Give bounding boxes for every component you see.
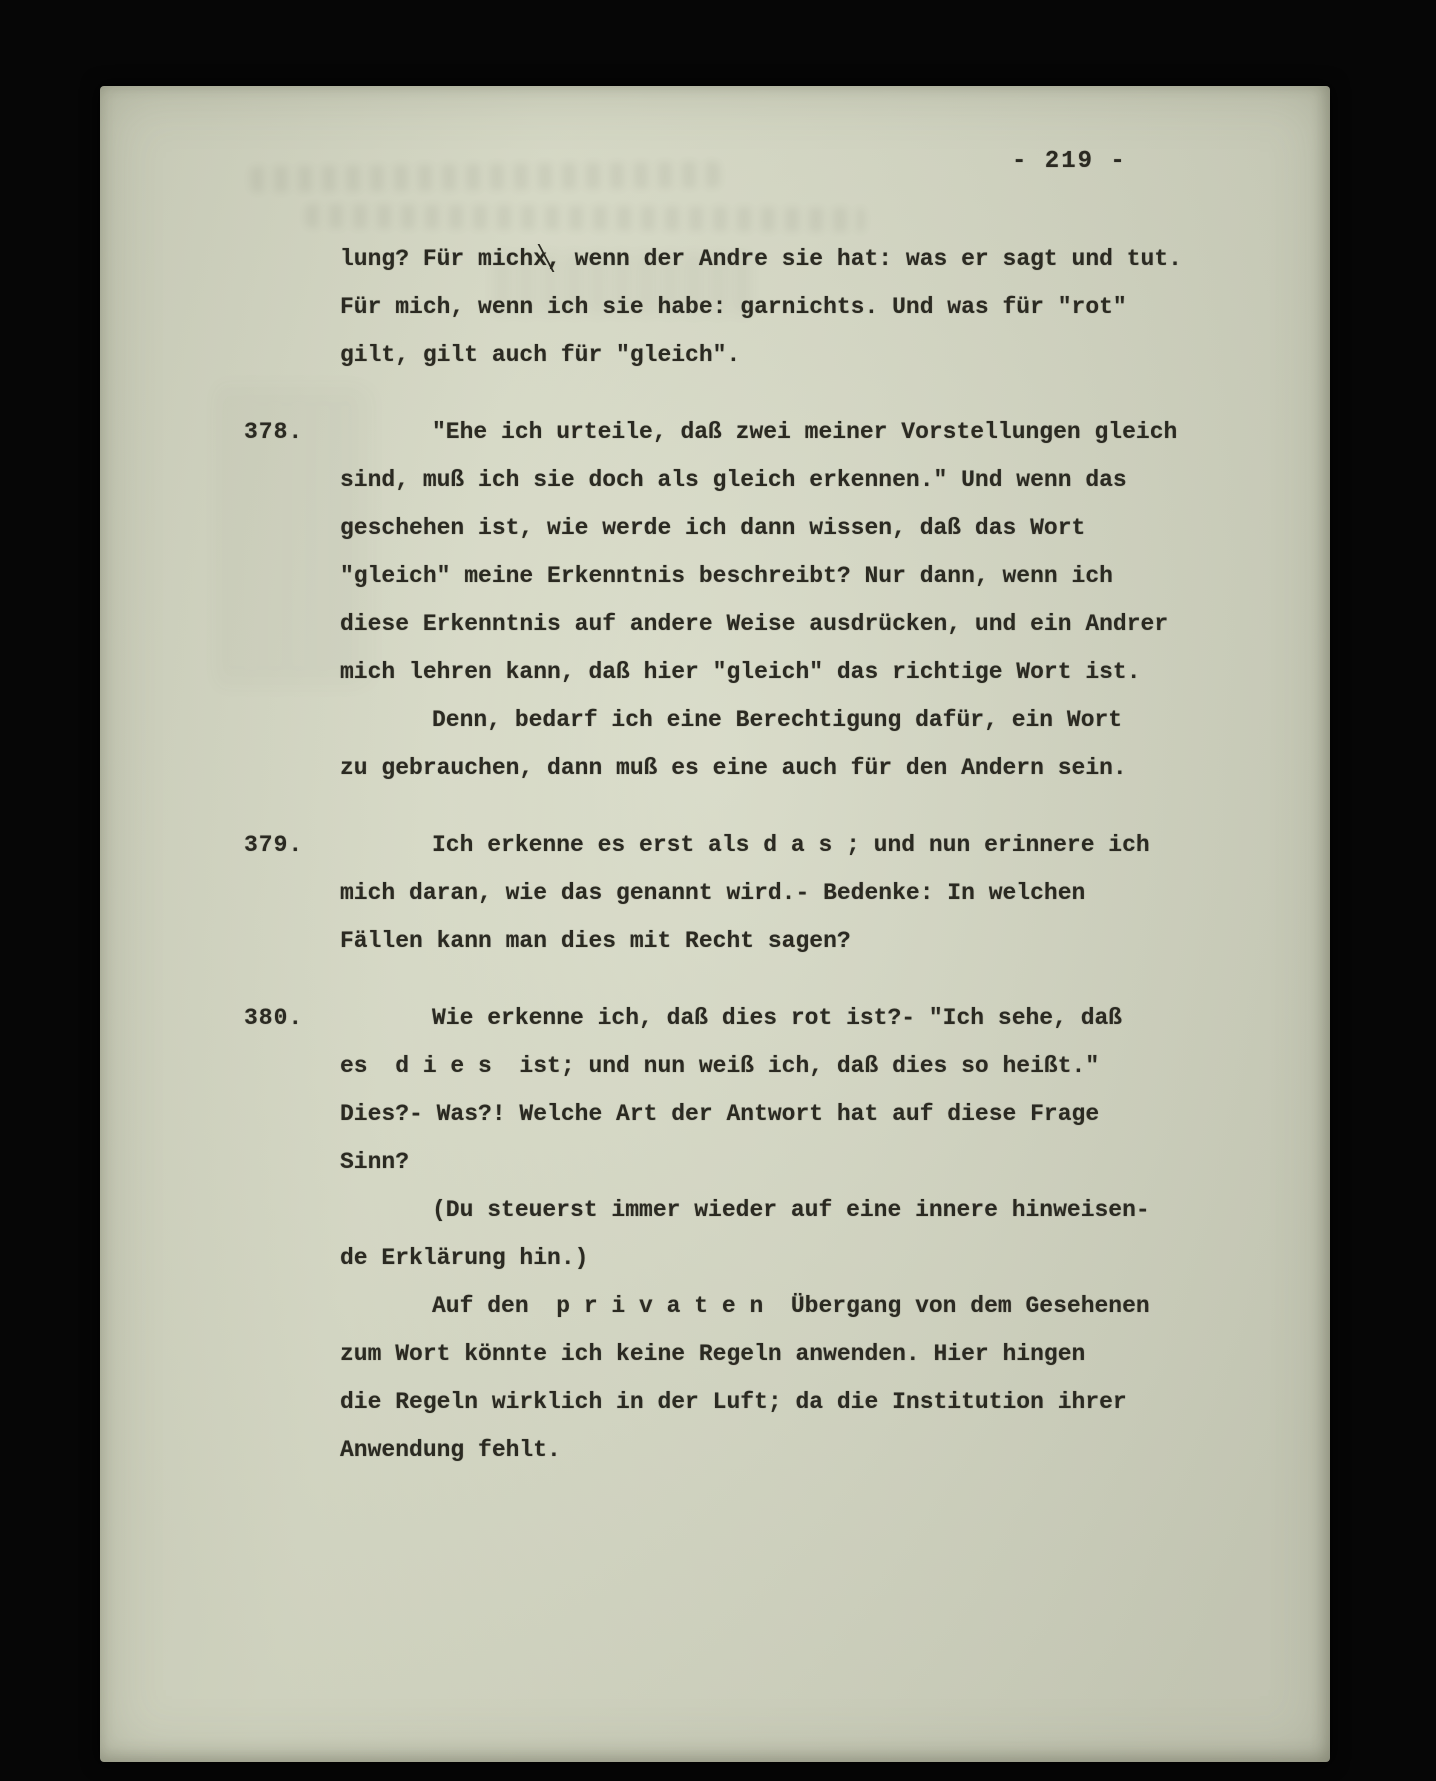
document-body: lung? Für michx, wenn der Andre sie hat:…	[340, 246, 1175, 1485]
line-text: sind, muß ich sie doch als gleich erkenn…	[340, 467, 1127, 493]
line-text: Dies?- Was?! Welche Art der Antwort hat …	[340, 1101, 1099, 1127]
typescript-page: - 219 - lung? Für michx, wenn der Andre …	[100, 86, 1330, 1762]
scanned-document-background: { "page": { "number_label": "- 219 -", "…	[0, 0, 1436, 1781]
text-line: Denn, bedarf ich eine Berechtigung dafür…	[340, 707, 1175, 755]
text-line: zum Wort könnte ich keine Regeln anwende…	[340, 1341, 1175, 1389]
struck-out-character: x	[533, 246, 547, 272]
line-text: lung? Für michx, wenn der Andre sie hat:…	[340, 246, 1182, 272]
text-line: 379.Ich erkenne es erst als d a s ; und …	[340, 832, 1175, 880]
text-line: zu gebrauchen, dann muß es eine auch für…	[340, 755, 1175, 803]
line-text: die Regeln wirklich in der Luft; da die …	[340, 1389, 1127, 1415]
text-line: 380.Wie erkenne ich, daß dies rot ist?- …	[340, 1005, 1175, 1053]
text-line: geschehen ist, wie werde ich dann wissen…	[340, 515, 1175, 563]
line-text: Für mich, wenn ich sie habe: garnichts. …	[340, 294, 1127, 320]
line-text: "gleich" meine Erkenntnis beschreibt? Nu…	[340, 563, 1113, 589]
line-text: Fällen kann man dies mit Recht sagen?	[340, 928, 851, 954]
text-line: es d i e s ist; und nun weiß ich, daß di…	[340, 1053, 1175, 1101]
paragraph-number: 380.	[244, 1005, 303, 1031]
line-text: "Ehe ich urteile, daß zwei meiner Vorste…	[340, 419, 1177, 445]
page-number: - 219 -	[1012, 148, 1127, 175]
line-text: es d i e s ist; und nun weiß ich, daß di…	[340, 1053, 1099, 1079]
line-text-segment: lung? Für mich	[340, 246, 533, 272]
line-text: Ich erkenne es erst als d a s ; und nun …	[340, 832, 1150, 858]
text-line: diese Erkenntnis auf andere Weise ausdrü…	[340, 611, 1175, 659]
paragraph-number: 378.	[244, 419, 303, 445]
text-line: die Regeln wirklich in der Luft; da die …	[340, 1389, 1175, 1437]
bleed-through-ghost-text	[305, 204, 865, 232]
text-line: Auf den p r i v a t e n Übergang von dem…	[340, 1293, 1175, 1341]
text-line: Fällen kann man dies mit Recht sagen?	[340, 928, 1175, 976]
line-text-segment: , wenn der Andre sie hat: was er sagt un…	[547, 246, 1182, 272]
line-text: gilt, gilt auch für "gleich".	[340, 342, 740, 368]
text-line: mich lehren kann, daß hier "gleich" das …	[340, 659, 1175, 707]
text-line: Dies?- Was?! Welche Art der Antwort hat …	[340, 1101, 1175, 1149]
text-line: gilt, gilt auch für "gleich".	[340, 342, 1175, 390]
text-line: Für mich, wenn ich sie habe: garnichts. …	[340, 294, 1175, 342]
line-text: mich daran, wie das genannt wird.- Beden…	[340, 880, 1085, 906]
line-text: zum Wort könnte ich keine Regeln anwende…	[340, 1341, 1085, 1367]
line-text: mich lehren kann, daß hier "gleich" das …	[340, 659, 1141, 685]
text-line: Sinn?	[340, 1149, 1175, 1197]
bleed-through-ghost-text	[250, 162, 720, 193]
text-line: (Du steuerst immer wieder auf eine inner…	[340, 1197, 1175, 1245]
line-text: Denn, bedarf ich eine Berechtigung dafür…	[340, 707, 1122, 733]
line-text: diese Erkenntnis auf andere Weise ausdrü…	[340, 611, 1168, 637]
text-line: Anwendung fehlt.	[340, 1437, 1175, 1485]
text-line: de Erklärung hin.)	[340, 1245, 1175, 1293]
line-text: de Erklärung hin.)	[340, 1245, 588, 1271]
paragraph-number: 379.	[244, 832, 303, 858]
line-text: Auf den p r i v a t e n Übergang von dem…	[340, 1293, 1150, 1319]
text-line: mich daran, wie das genannt wird.- Beden…	[340, 880, 1175, 928]
text-line: "gleich" meine Erkenntnis beschreibt? Nu…	[340, 563, 1175, 611]
line-text: zu gebrauchen, dann muß es eine auch für…	[340, 755, 1127, 781]
text-line: sind, muß ich sie doch als gleich erkenn…	[340, 467, 1175, 515]
text-line: 378."Ehe ich urteile, daß zwei meiner Vo…	[340, 419, 1175, 467]
text-line: lung? Für michx, wenn der Andre sie hat:…	[340, 246, 1175, 294]
line-text: Sinn?	[340, 1149, 409, 1175]
line-text: geschehen ist, wie werde ich dann wissen…	[340, 515, 1085, 541]
line-text: Wie erkenne ich, daß dies rot ist?- "Ich…	[340, 1005, 1122, 1031]
line-text: (Du steuerst immer wieder auf eine inner…	[340, 1197, 1150, 1223]
line-text: Anwendung fehlt.	[340, 1437, 561, 1463]
